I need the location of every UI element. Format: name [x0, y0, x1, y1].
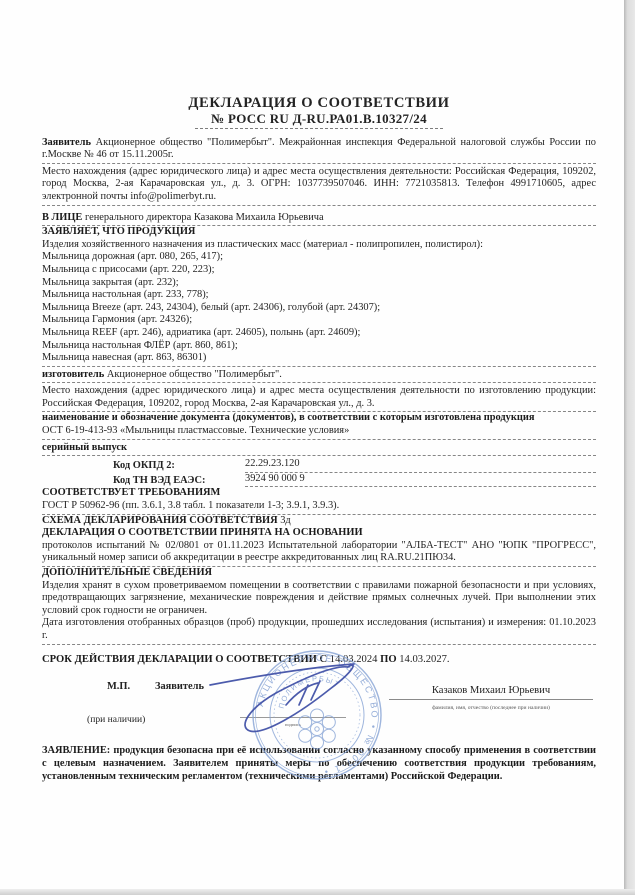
page-title: ДЕКЛАРАЦИЯ О СООТВЕТСТВИИ [42, 95, 596, 111]
declaration-content: ДЕКЛАРАЦИЯ О СООТВЕТСТВИИ № РОСС RU Д-RU… [0, 0, 635, 783]
validity-to-date: 14.03.2027. [399, 654, 449, 665]
product-line: Мыльница настольная (арт. 233, 778); [42, 289, 596, 302]
complies-heading: СООТВЕТСТВУЕТ ТРЕБОВАНИЯМ [42, 487, 596, 500]
product-line: Мыльница навесная (арт. 863, 86301) [42, 352, 596, 365]
document-page: ДЕКЛАРАЦИЯ О СООТВЕТСТВИИ № РОСС RU Д-RU… [0, 0, 635, 895]
in-person-label: В ЛИЦЕ [42, 212, 82, 223]
okpd-value: 22.29.23.120 [245, 458, 596, 473]
product-line: Мыльница с присосами (арт. 220, 223); [42, 264, 596, 277]
manufacturer-label: изготовитель [42, 369, 104, 380]
name-caption: фамилия, имя, отчество (последнее при на… [379, 702, 603, 715]
product-line: Мыльница Breeze (арт. 243, 24304), белый… [42, 302, 596, 315]
field-serial: серийный выпуск [42, 442, 596, 457]
scan-edge-artifact [0, 889, 635, 895]
manufacturer-text: Акционерное общество "Полимербыт". [107, 369, 282, 380]
signature-line: подпись [240, 703, 346, 732]
validity-prefix: СРОК ДЕЙСТВИЯ ДЕКЛАРАЦИИ О СООТВЕТСТВИИ … [42, 654, 327, 665]
scheme-heading: СХЕМА ДЕКЛАРИРОВАНИЯ СООТВЕТСТВИЯ 3д [42, 515, 596, 528]
validity-po: ПО [380, 654, 396, 665]
validity-from-date: 14.03.2024 [330, 654, 378, 665]
validity-line: СРОК ДЕЙСТВИЯ ДЕКЛАРАЦИИ О СООТВЕТСТВИИ … [42, 654, 596, 667]
doc-heading: наименование и обозначение документа (до… [42, 412, 596, 425]
okpd-label: Код ОКПД 2: [113, 460, 245, 473]
field-in-person: В ЛИЦЕ генерального директора Казакова М… [42, 212, 596, 227]
scheme-label: СХЕМА ДЕКЛАРИРОВАНИЯ СООТВЕТСТВИЯ [42, 515, 278, 526]
field-manufacturer: изготовитель Акционерное общество "Полим… [42, 369, 596, 384]
doc-number: № РОСС RU Д-RU.РА01.В.10327/24 [195, 113, 443, 129]
name-rule [389, 697, 593, 700]
scheme-value: 3д [280, 515, 290, 526]
product-line: Мыльница закрытая (арт. 232); [42, 277, 596, 290]
applicant-label: Заявитель [42, 137, 91, 148]
serial-label: серийный выпуск [42, 442, 127, 453]
tnved-row: Код ТН ВЭД ЕАЭС: 3924 90 000 9 [42, 473, 596, 488]
product-line: Мыльница REEF (арт. 246), адриатика (арт… [42, 327, 596, 340]
signatory-name-block: Казаков Михаил Юрьевич фамилия, имя, отч… [379, 685, 603, 715]
mp-label: М.П. [107, 681, 130, 694]
okpd-row: Код ОКПД 2: 22.29.23.120 [42, 458, 596, 473]
signature-area: М.П. Заявитель (при наличии) подпись Каз… [42, 677, 596, 735]
signatory-name: Казаков Михаил Юрьевич [379, 685, 603, 698]
statement-paragraph: ЗАЯВЛЕНИЕ: продукция безопасна при её ис… [42, 744, 596, 784]
tnved-value: 3924 90 000 9 [245, 473, 596, 488]
tnved-label: Код ТН ВЭД ЕАЭС: [113, 475, 245, 488]
if-available-label: (при наличии) [87, 714, 145, 727]
field-doc-text: ОСТ 6-19-413-93 «Мыльницы пластмассовые.… [42, 425, 596, 440]
applicant-text: Акционерное общество "Полимербыт". Межра… [42, 137, 596, 161]
in-person-text: генерального директора Казакова Михаила … [85, 212, 324, 223]
field-applicant: Заявитель Акционерное общество "Полимерб… [42, 137, 596, 164]
product-line: Мыльница дорожная (арт. 080, 265, 417); [42, 251, 596, 264]
field-basis-text: протоколов испытаний № 02/0801 от 01.11.… [42, 540, 596, 567]
product-line: Изделия хозяйственного назначения из пла… [42, 239, 596, 252]
field-manufacturer-address: Место нахождения (адрес юридического лиц… [42, 385, 596, 412]
additional-text-2: Дата изготовления отобранных образцов (п… [42, 617, 596, 644]
applicant-sign-label: Заявитель [155, 681, 204, 694]
signature-caption: подпись [240, 719, 346, 732]
field-complies-text: ГОСТ Р 50962-96 (пп. 3.6.1, 3.8 табл. 1 … [42, 500, 596, 515]
additional-text-1: Изделия хранят в сухом проветриваемом по… [42, 580, 596, 618]
product-line: Мыльница Гармония (арт. 24326); [42, 314, 596, 327]
statement-text: продукция безопасна при её использовании… [42, 745, 596, 782]
signature-rule [240, 703, 346, 718]
product-line: Мыльница настольная ФЛЁР (арт. 860, 861)… [42, 340, 596, 353]
scan-edge-artifact [624, 0, 635, 895]
doc-number-row: № РОСС RU Д-RU.РА01.В.10327/24 [42, 113, 596, 129]
basis-heading: ДЕКЛАРАЦИЯ О СООТВЕТСТВИИ ПРИНЯТА НА ОСН… [42, 527, 596, 540]
additional-heading: ДОПОЛНИТЕЛЬНЫЕ СВЕДЕНИЯ [42, 567, 596, 580]
declares-heading: ЗАЯВЛЯЕТ, ЧТО ПРОДУКЦИЯ [42, 226, 596, 239]
statement-label: ЗАЯВЛЕНИЕ: [42, 745, 110, 756]
field-applicant-address: Место нахождения (адрес юридического лиц… [42, 166, 596, 206]
product-list: Изделия хозяйственного назначения из пла… [42, 239, 596, 367]
